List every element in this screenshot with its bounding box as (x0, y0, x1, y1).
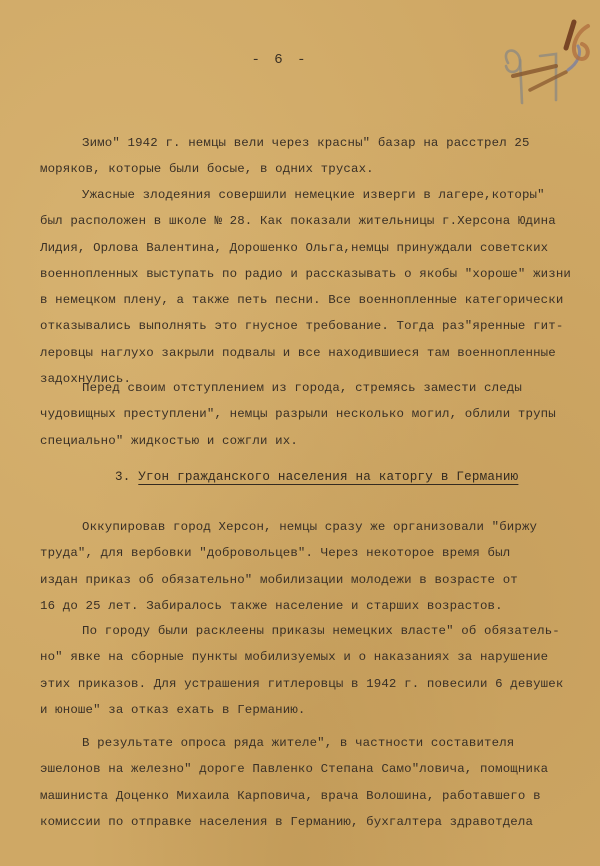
text-line: леровцы наглухо закрыли подвалы и все на… (40, 340, 600, 366)
text-line: специально" жидкостью и сожгли их. (40, 428, 600, 454)
text-line: эшелонов на железно" дороге Павленко Сте… (40, 756, 600, 782)
text-line: Ужасные злодеяния совершили немецкие изв… (40, 182, 600, 208)
text-line: был расположен в школе № 28. Как показал… (40, 208, 600, 234)
text-line: Лидия, Орлова Валентина, Дорошенко Ольга… (40, 235, 600, 261)
text-line: 16 до 25 лет. Забиралось также население… (40, 593, 600, 619)
section-number: 3. (115, 470, 131, 484)
text-line: отказывались выполнять это гнусное требо… (40, 313, 600, 339)
text-line: но" явке на сборные пункты мобилизуемых … (40, 644, 600, 670)
text-line: машиниста Доценко Михаила Карповича, вра… (40, 783, 600, 809)
paragraph-5: По городу были расклеены приказы немецки… (40, 618, 600, 723)
text-line: комиссии по отправке населения в Германи… (40, 809, 600, 835)
text-line: моряков, которые были босые, в одних тру… (40, 156, 600, 182)
paragraph-6: В результате опроса ряда жителе", в част… (40, 730, 600, 835)
archive-folio-mark: 97/6 (478, 8, 598, 118)
paragraph-2: Ужасные злодеяния совершили немецкие изв… (40, 182, 600, 392)
text-line: труда", для вербовки "добровольцев". Чер… (40, 540, 600, 566)
text-line: Перед своим отступлением из города, стре… (40, 375, 600, 401)
text-line: Оккупировав город Херсон, немцы сразу же… (40, 514, 600, 540)
paragraph-4: Оккупировав город Херсон, немцы сразу же… (40, 514, 600, 619)
paragraph-1: Зимо" 1942 г. немцы вели через красны" б… (40, 130, 600, 183)
text-line: и юноше" за отказ ехать в Германию. (40, 697, 600, 723)
text-line: военнопленных выступать по радио и расск… (40, 261, 600, 287)
section-title: Угон гражданского населения на каторгу в… (138, 470, 518, 484)
document-page: - 6 - 97/6 Зимо" 1942 г. немцы вели чере… (0, 0, 600, 866)
text-line: По городу были расклеены приказы немецки… (40, 618, 600, 644)
text-line: издан приказ об обязательно" мобилизации… (40, 567, 600, 593)
text-line: В результате опроса ряда жителе", в част… (40, 730, 600, 756)
text-line: Зимо" 1942 г. немцы вели через красны" б… (40, 130, 600, 156)
section-heading: 3. Угон гражданского населения на каторг… (115, 470, 518, 484)
text-line: в немецком плену, а также петь песни. Вс… (40, 287, 600, 313)
text-line: этих приказов. Для устрашения гитлеровцы… (40, 671, 600, 697)
page-number: - 6 - (0, 52, 560, 68)
paragraph-3: Перед своим отступлением из города, стре… (40, 375, 600, 454)
text-line: чудовищных преступлени", немцы разрыли н… (40, 401, 600, 427)
